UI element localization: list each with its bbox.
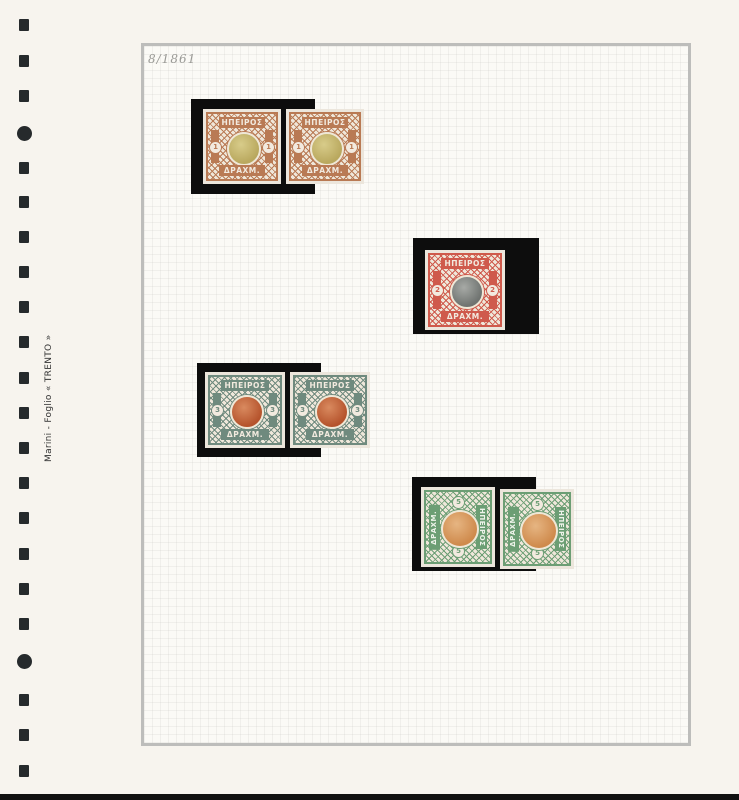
currency-label: ΔΡΑΧΜ. [306, 429, 354, 440]
binder-hole-square [19, 583, 29, 595]
country-name: ΗΠΕΙΡΟΣ [219, 117, 265, 128]
value-numeral: 1 [209, 141, 222, 154]
binder-hole-square [19, 19, 29, 31]
currency-label: ΔΡΑΧΜ. [221, 429, 269, 440]
value-numeral: 3 [266, 404, 279, 417]
currency-label: ΔΡΑΧΜ. [219, 165, 265, 176]
stamp[interactable]: ΔΡΑΧΜ.ΗΠΕΙΡΟΣ55 [421, 487, 495, 567]
currency-label: ΔΡΑΧΜ. [508, 507, 519, 552]
value-numeral: 5 [452, 496, 465, 509]
binder-hole-square [19, 55, 29, 67]
central-medallion [450, 275, 484, 309]
value-numeral: 1 [345, 141, 358, 154]
country-name: ΗΠΕΙΡΟΣ [221, 380, 269, 391]
stamp-design: ΗΠΕΙΡΟΣ11ΔΡΑΧΜ. [206, 112, 278, 181]
value-numeral: 2 [486, 284, 499, 297]
stamp-design: ΔΡΑΧΜ.ΗΠΕΙΡΟΣ55 [424, 490, 492, 564]
binder-hole-round [17, 126, 32, 141]
binder-hole-square [19, 336, 29, 348]
scan-edge [0, 794, 739, 800]
central-medallion [520, 512, 558, 550]
central-medallion [230, 395, 264, 429]
central-medallion [227, 132, 261, 166]
album-maker-label: Marini - Foglio « TRENTO » [44, 335, 54, 462]
value-numeral: 3 [296, 404, 309, 417]
stamp-design: ΔΡΑΧΜ.ΗΠΕΙΡΟΣ55 [503, 492, 571, 566]
value-numeral: 3 [211, 404, 224, 417]
stamp[interactable]: ΔΡΑΧΜ.ΗΠΕΙΡΟΣ55 [500, 489, 574, 569]
binder-hole-square [19, 196, 29, 208]
value-numeral: 3 [351, 404, 364, 417]
country-name: ΗΠΕΙΡΟΣ [306, 380, 354, 391]
stamp[interactable]: ΗΠΕΙΡΟΣ33ΔΡΑΧΜ. [290, 372, 370, 448]
binder-hole-square [19, 477, 29, 489]
binder-hole-square [19, 512, 29, 524]
binder-hole-square [19, 765, 29, 777]
stamp-design: ΗΠΕΙΡΟΣ11ΔΡΑΧΜ. [289, 112, 361, 181]
country-name: ΗΠΕΙΡΟΣ [302, 117, 348, 128]
stamp-design: ΗΠΕΙΡΟΣ33ΔΡΑΧΜ. [208, 375, 282, 445]
value-numeral: 5 [531, 498, 544, 511]
central-medallion [441, 510, 479, 548]
binder-hole-square [19, 90, 29, 102]
stamp-design: ΗΠΕΙΡΟΣ22ΔΡΑΧΜ. [428, 253, 502, 327]
stamp[interactable]: ΗΠΕΙΡΟΣ22ΔΡΑΧΜ. [425, 250, 505, 330]
value-numeral: 2 [431, 284, 444, 297]
currency-label: ΔΡΑΧΜ. [302, 165, 348, 176]
stamp[interactable]: ΗΠΕΙΡΟΣ33ΔΡΑΧΜ. [205, 372, 285, 448]
binder-hole-square [19, 694, 29, 706]
binder-hole-square [19, 301, 29, 313]
country-name: ΗΠΕΙΡΟΣ [441, 258, 489, 269]
value-numeral: 1 [262, 141, 275, 154]
value-numeral: 1 [292, 141, 305, 154]
binder-hole-square [19, 548, 29, 560]
currency-label: ΔΡΑΧΜ. [429, 505, 440, 550]
binder-hole-square [19, 231, 29, 243]
stamp-design: ΗΠΕΙΡΟΣ33ΔΡΑΧΜ. [293, 375, 367, 445]
binder-hole-round [17, 654, 32, 669]
binder-hole-square [19, 266, 29, 278]
central-medallion [310, 132, 344, 166]
central-medallion [315, 395, 349, 429]
binder-hole-square [19, 442, 29, 454]
binder-hole-square [19, 729, 29, 741]
binder-hole-square [19, 407, 29, 419]
pencil-note: 8/1861 [148, 52, 196, 66]
binder-hole-square [19, 372, 29, 384]
currency-label: ΔΡΑΧΜ. [441, 311, 489, 322]
stamp[interactable]: ΗΠΕΙΡΟΣ11ΔΡΑΧΜ. [286, 109, 364, 184]
binder-hole-square [19, 162, 29, 174]
stamp[interactable]: ΗΠΕΙΡΟΣ11ΔΡΑΧΜ. [203, 109, 281, 184]
binder-hole-square [19, 618, 29, 630]
